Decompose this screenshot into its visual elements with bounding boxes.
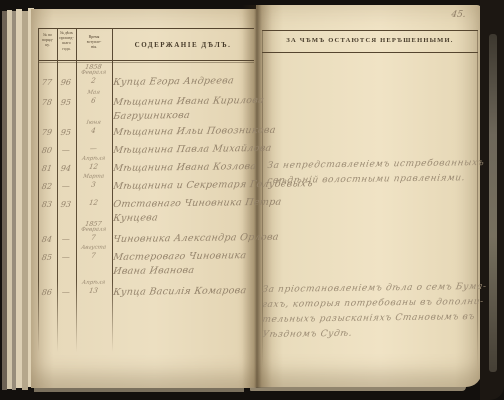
entry-day: 4 — [76, 127, 111, 135]
case-description: Купца Василія Комарова — [112, 285, 247, 298]
ledger-photo: № по поряд- ку. № дѣлъ прошед- шаго года… — [0, 0, 504, 400]
case-description: Мѣщанина Ивана Козлова — [112, 161, 257, 174]
page-number: 45. — [451, 10, 467, 20]
prev-case-number: — — [57, 288, 75, 297]
prev-case-number: — — [57, 235, 75, 244]
column-header-date: Время вступле- нія. — [78, 34, 110, 50]
row-number: 84 — [38, 235, 56, 244]
case-description: Мѣщанина Ивана Кирилова — [112, 95, 264, 108]
row-number: 80 — [38, 146, 56, 155]
entry-month: Марта — [76, 174, 111, 180]
entry-day: 6 — [76, 97, 111, 105]
entry-month: Іюня — [76, 120, 111, 126]
entry-day: 7 — [76, 234, 111, 242]
table-rule — [262, 52, 478, 53]
entry-day: 12 — [76, 199, 111, 207]
column-header-previous-year: № дѣлъ прошед- шаго года. — [58, 30, 75, 51]
page-bottom-edge — [34, 388, 244, 392]
row-number: 78 — [38, 98, 56, 107]
table-rule — [38, 60, 254, 61]
entry-day: 13 — [76, 287, 111, 295]
entry-month: Апрѣля — [76, 156, 111, 162]
entry-month: Февраля — [76, 70, 111, 76]
prev-case-number: 93 — [57, 200, 75, 209]
row-number: 77 — [38, 78, 56, 87]
case-description: Мѣщанина Ильи Повозникова — [112, 125, 276, 138]
entry-day: 2 — [76, 77, 111, 85]
page-bottom-edge — [250, 387, 466, 391]
row-number: 85 — [38, 253, 56, 262]
table-column-line — [477, 30, 478, 368]
prev-case-number: 95 — [57, 98, 75, 107]
case-description: Купца Егора Андреева — [112, 75, 234, 88]
prev-case-number: 94 — [57, 164, 75, 173]
row-number: 82 — [38, 182, 56, 191]
row-number: 79 — [38, 128, 56, 137]
entry-month: Мая — [76, 90, 111, 96]
entry-day: 3 — [76, 181, 111, 189]
row-number: 86 — [38, 288, 56, 297]
case-description: Чиновника Александра Орлова — [112, 232, 279, 245]
content-column-header: СОДЕРЖАНІЕ ДѢЛЪ. — [113, 41, 253, 49]
prev-case-number: 95 — [57, 128, 75, 137]
entry-month: Апрѣля — [76, 280, 111, 286]
prev-case-number: — — [57, 146, 75, 155]
case-description: Мастероваго Чиновника — [112, 250, 247, 263]
prev-case-number: — — [57, 253, 75, 262]
table-rule — [38, 62, 254, 63]
case-description: Багрушникова — [112, 110, 190, 122]
prev-case-number: 96 — [57, 78, 75, 87]
case-description: Кунцева — [112, 212, 158, 224]
entry-day: — — [76, 145, 111, 153]
book-cover-fore-edge — [489, 34, 497, 372]
case-description: Ивана Иванова — [112, 265, 195, 277]
entry-day: 12 — [76, 163, 111, 171]
case-description: Отставнаго Чиновника Петра — [112, 197, 282, 210]
column-header-number: № по поряд- ку. — [39, 32, 56, 48]
entry-month: Февраля — [76, 227, 111, 233]
table-rule — [38, 28, 254, 29]
right-page-header: ЗА ЧѢМЪ ОСТАЮТСЯ НЕРѢШЕННЫМИ. — [263, 37, 477, 44]
prev-case-number: — — [57, 182, 75, 191]
row-number: 83 — [38, 200, 56, 209]
resolution-note: Уѣздномъ Судѣ. — [262, 329, 353, 340]
row-number: 81 — [38, 164, 56, 173]
case-description: Мѣщанина Павла Михайлова — [112, 143, 272, 156]
entry-month: Августа — [76, 245, 111, 251]
table-rule — [262, 30, 478, 31]
entry-day: 7 — [76, 252, 111, 260]
